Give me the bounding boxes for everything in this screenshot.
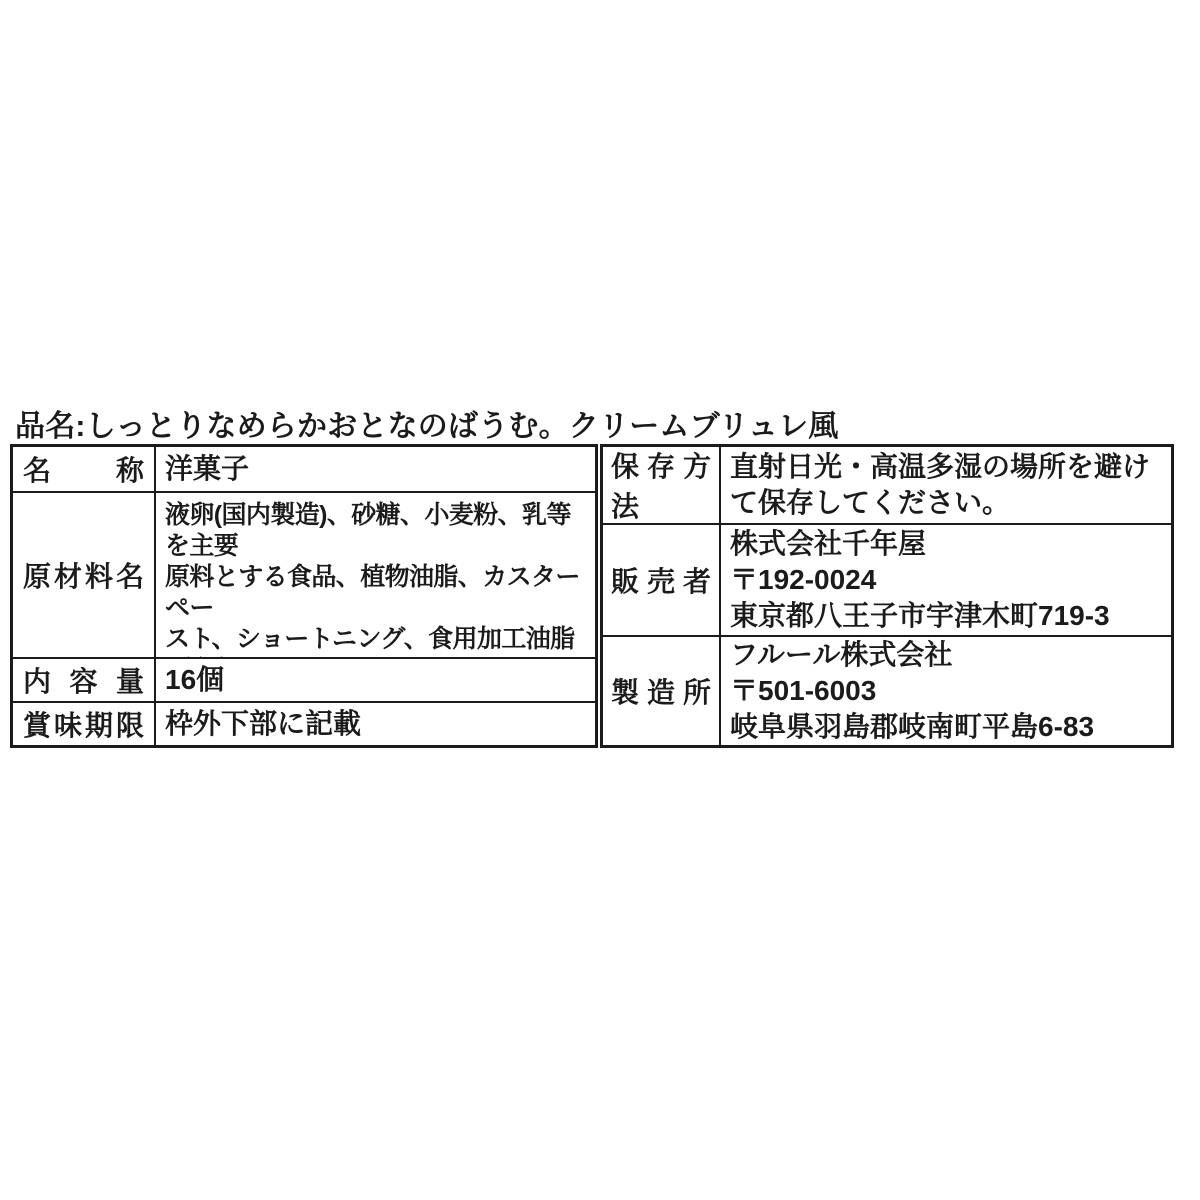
seller-label: 販売者	[611, 560, 711, 600]
storage-label: 保存方法	[611, 447, 711, 523]
manufacturer-label: 製造所	[611, 671, 711, 711]
storage-label-cell: 保存方法	[603, 447, 721, 523]
ingredients-value: 液卵(国内製造)、砂糖、小麦粉、乳等を主要 原料とする食品、植物油脂、カスターペ…	[156, 493, 595, 657]
row-seller: 販売者 株式会社千年屋 〒192-0024 東京都八王子市宇津木町719-3	[603, 523, 1171, 635]
row-best-before: 賞味期限 枠外下部に記載	[13, 701, 595, 745]
ingredients-label: 原材料名	[23, 555, 144, 595]
row-net-content: 内容量 16個	[13, 657, 595, 701]
spec-table-left: 名称 洋菓子 原材料名 液卵(国内製造)、砂糖、小麦粉、乳等を主要 原料とする食…	[10, 444, 598, 748]
manufacturer-value: フルール株式会社 〒501-6003 岐阜県羽島郡岐南町平島6-83	[721, 637, 1171, 745]
spec-table-right: 保存方法 直射日光・高温多湿の場所を避け て保存してください。 販売者 株式会社…	[600, 444, 1174, 748]
name-value: 洋菓子	[156, 447, 595, 491]
row-storage: 保存方法 直射日光・高温多湿の場所を避け て保存してください。	[603, 447, 1171, 523]
ingredients-label-cell: 原材料名	[13, 493, 156, 657]
best-before-value: 枠外下部に記載	[156, 703, 595, 745]
row-ingredients: 原材料名 液卵(国内製造)、砂糖、小麦粉、乳等を主要 原料とする食品、植物油脂、…	[13, 491, 595, 657]
label-sheet: 品名:しっとりなめらかおとなのばうむ。クリームブリュレ風 名称 洋菓子 原材料名…	[0, 0, 1200, 1200]
seller-value: 株式会社千年屋 〒192-0024 東京都八王子市宇津木町719-3	[721, 525, 1171, 635]
best-before-label: 賞味期限	[23, 704, 144, 744]
manufacturer-label-cell: 製造所	[603, 637, 721, 745]
storage-value: 直射日光・高温多湿の場所を避け て保存してください。	[721, 447, 1171, 523]
product-name-line: 品名:しっとりなめらかおとなのばうむ。クリームブリュレ風	[15, 401, 839, 445]
row-manufacturer: 製造所 フルール株式会社 〒501-6003 岐阜県羽島郡岐南町平島6-83	[603, 635, 1171, 745]
best-before-label-cell: 賞味期限	[13, 703, 156, 745]
name-label: 名称	[23, 449, 144, 489]
net-content-label: 内容量	[23, 660, 144, 700]
net-content-label-cell: 内容量	[13, 659, 156, 701]
net-content-value: 16個	[156, 659, 595, 701]
name-label-cell: 名称	[13, 447, 156, 491]
seller-label-cell: 販売者	[603, 525, 721, 635]
row-name: 名称 洋菓子	[13, 447, 595, 491]
